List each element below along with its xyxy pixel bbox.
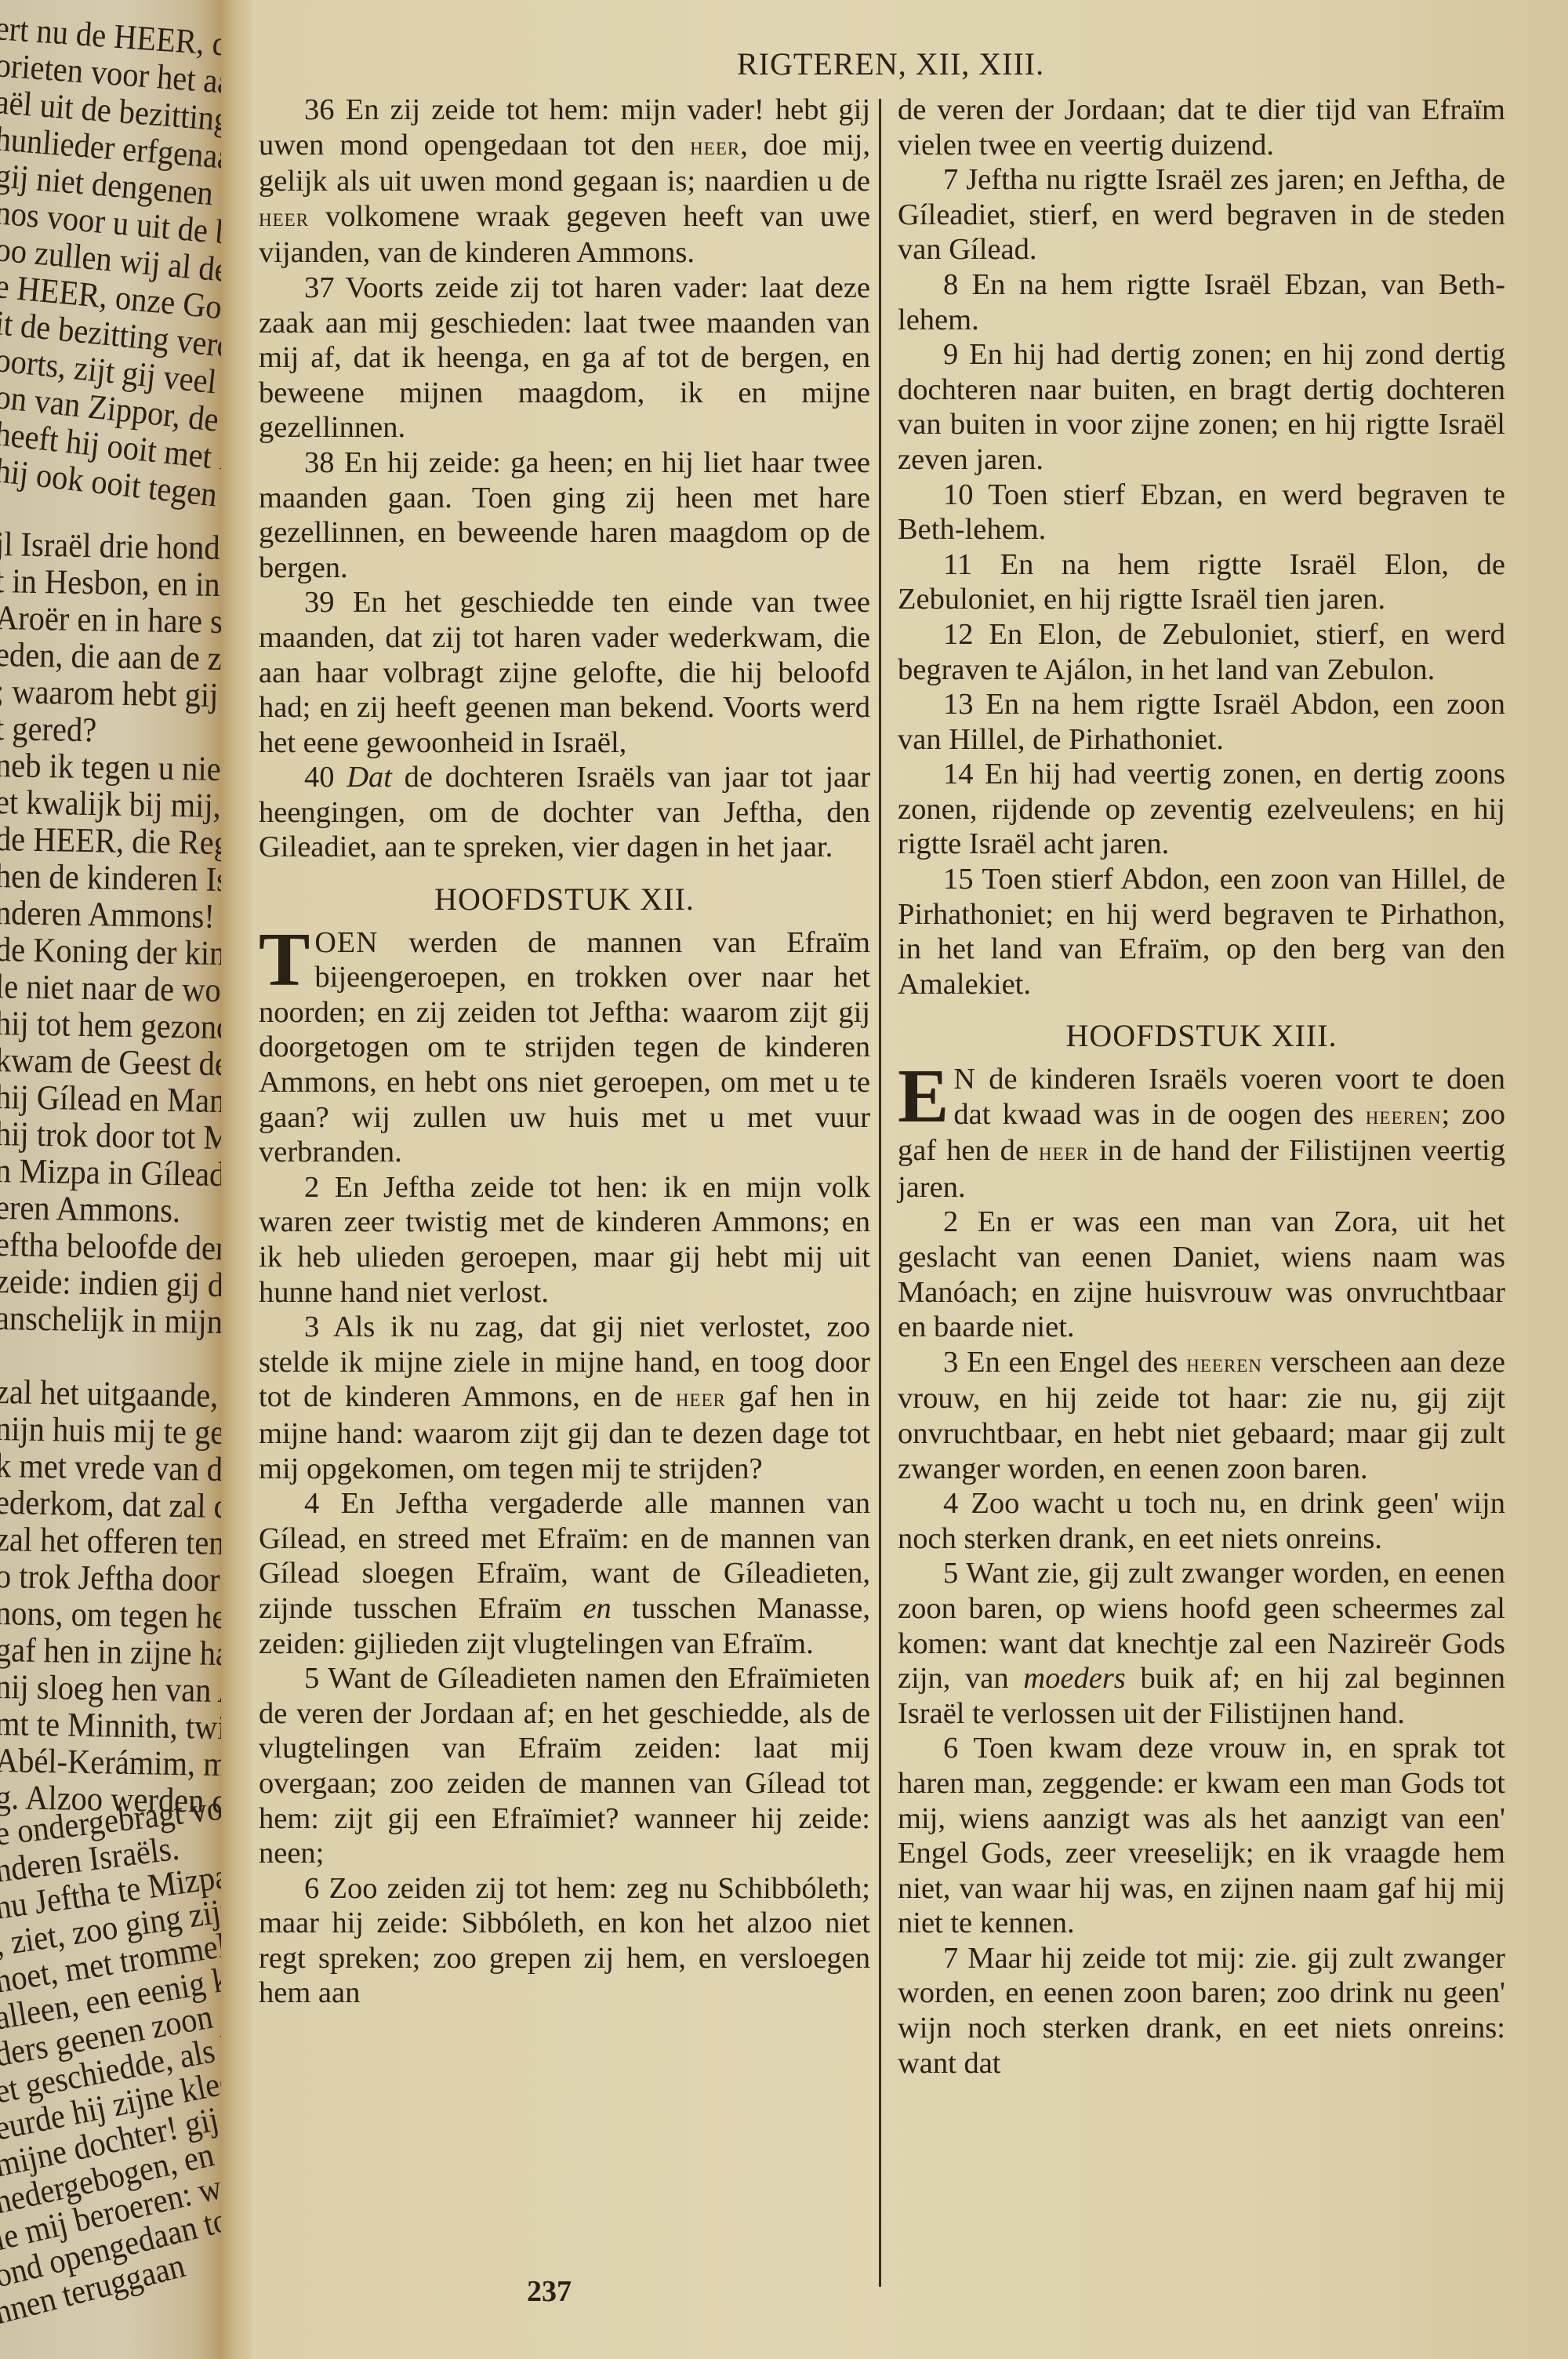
- verse-continuation: de veren der Jordaan; dat te dier tijd v…: [898, 93, 1505, 162]
- verse: 2 En er was een man van Zora, uit het ge…: [898, 1205, 1505, 1344]
- verse: 7 Jeftha nu rigtte Israël zes jaren; en …: [898, 162, 1505, 267]
- verse-number: 36: [304, 93, 346, 126]
- verse-text: En na hem rigtte Israël Ebzan, van Beth-…: [898, 268, 1505, 336]
- verse-number: 4: [943, 1487, 971, 1520]
- facing-page-text-line: t gered?: [0, 708, 97, 750]
- verse-text: Dat de dochteren Israëls van jaar tot ja…: [259, 761, 870, 863]
- verse-number: 5: [943, 1557, 966, 1590]
- verse: 10 Toen stierf Ebzan, en werd begraven t…: [898, 478, 1505, 547]
- verse: 38 En hij zeide: ga heen; en hij liet ha…: [259, 445, 870, 585]
- verse-text: Voorts zeide zij tot haren vader: laat d…: [259, 271, 870, 444]
- verse-text: Toen stierf Abdon, een zoon van Hillel, …: [898, 863, 1505, 1001]
- drop-cap: T: [259, 929, 310, 991]
- drop-cap-continuation: OEN: [314, 926, 378, 959]
- chapter-opening-verse: TOEN werden de mannen van Efraïm bijeeng…: [259, 925, 870, 1170]
- verse-text: En er was een man van Zora, uit het gesl…: [898, 1205, 1505, 1343]
- verse-number: 38: [304, 446, 344, 479]
- verse-text: En na hem rigtte Israël Abdon, een zoon …: [898, 688, 1505, 756]
- verse-text: Toen stierf Ebzan, en werd begraven te B…: [898, 478, 1505, 547]
- verse: 5 Want de Gíleadieten namen den Efraïmie…: [259, 1661, 870, 1871]
- facing-page-edge: ert nu de HEER, deorieten voor het aange…: [0, 0, 221, 2359]
- verse-text: En Jeftha zeide tot hen: ik en mijn volk…: [259, 1171, 870, 1309]
- verse-text: Want de Gíleadieten namen den Efraïmiete…: [259, 1662, 870, 1870]
- chapter-heading: HOOFDSTUK XIII.: [898, 1019, 1505, 1054]
- verse-number: 9: [943, 338, 969, 371]
- verse-number: 13: [943, 688, 985, 721]
- verse-number: 5: [304, 1662, 328, 1695]
- verse: 2 En Jeftha zeide tot hen: ik en mijn vo…: [259, 1170, 870, 1310]
- verse-text: En hij had dertig zonen; en hij zond der…: [898, 338, 1505, 476]
- verse: 3 En een Engel des heeren verscheen aan …: [898, 1345, 1505, 1486]
- verse-text: En Jeftha vergaderde alle mannen van Gíl…: [259, 1487, 870, 1659]
- verse: 6 Toen kwam deze vrouw in, en sprak tot …: [898, 1731, 1505, 1941]
- verse: 13 En na hem rigtte Israël Abdon, een zo…: [898, 687, 1505, 757]
- verse-number: 10: [943, 478, 988, 511]
- chapter-opening-verse: EN de kinderen Israëls voeren voort te d…: [898, 1062, 1505, 1205]
- verse: 5 Want zie, gij zult zwanger worden, en …: [898, 1556, 1505, 1731]
- verse-number: 3: [943, 1346, 967, 1379]
- verse-text: Als ik nu zag, dat gij niet verlostet, z…: [259, 1310, 870, 1485]
- verse-text: En Elon, de Zebuloniet, stierf, en werd …: [898, 618, 1505, 686]
- verse-text: En een Engel des heeren verscheen aan de…: [898, 1346, 1505, 1485]
- verse-number: 7: [943, 163, 966, 196]
- verse-number: 15: [943, 863, 982, 896]
- verse: 37 Voorts zeide zij tot haren vader: laa…: [259, 271, 870, 445]
- page-number: 237: [527, 2274, 572, 2309]
- verse-number: 3: [304, 1310, 333, 1343]
- verse-text: Jeftha nu rigtte Israël zes jaren; en Je…: [898, 163, 1505, 266]
- verse: 11 En na hem rigtte Israël Elon, de Zebu…: [898, 547, 1505, 617]
- verse-number: 40: [304, 761, 347, 794]
- text-column-left: 36 En zij zeide tot hem: mijn vader! heb…: [259, 93, 870, 2011]
- verse: 14 En hij had veertig zonen, en dertig z…: [898, 757, 1505, 862]
- verse-number: 6: [304, 1872, 328, 1905]
- drop-cap-continuation: N: [953, 1063, 975, 1096]
- verse: 9 En hij had dertig zonen; en hij zond d…: [898, 337, 1505, 477]
- verse-text: werden de mannen van Efraïm bijeengeroep…: [259, 926, 870, 1169]
- verse: 15 Toen stierf Abdon, een zoon van Hille…: [898, 862, 1505, 1001]
- verse-text: de kinderen Israëls voeren voort te doen…: [898, 1063, 1505, 1204]
- text-column-right: de veren der Jordaan; dat te dier tijd v…: [898, 93, 1505, 2081]
- verse-number: 2: [304, 1171, 335, 1204]
- verse-text: En hij zeide: ga heen; en hij liet haar …: [259, 446, 870, 584]
- drop-cap: E: [898, 1065, 949, 1128]
- verse: 7 Maar hij zeide tot mij: zie. gij zult …: [898, 1941, 1505, 2081]
- verse-text: Maar hij zeide tot mij: zie. gij zult zw…: [898, 1942, 1505, 2080]
- verse: 3 Als ik nu zag, dat gij niet verlostet,…: [259, 1310, 870, 1486]
- verse: 8 En na hem rigtte Israël Ebzan, van Bet…: [898, 267, 1505, 337]
- verse-text: Zoo zeiden zij tot hem: zeg nu Schibbóle…: [259, 1872, 870, 2010]
- verse-number: 2: [943, 1205, 978, 1238]
- verse-text: Zoo wacht u toch nu, en drink geen' wijn…: [898, 1487, 1505, 1555]
- column-divider: [879, 99, 881, 2287]
- verse-number: 12: [943, 618, 989, 651]
- verse-text: Want zie, gij zult zwanger worden, en ee…: [898, 1557, 1505, 1729]
- verse: 6 Zoo zeiden zij tot hem: zeg nu Schibbó…: [259, 1871, 870, 2011]
- verse-number: 4: [304, 1487, 341, 1520]
- verse-number: 6: [943, 1732, 973, 1765]
- chapter-heading: HOOFDSTUK XII.: [259, 882, 870, 918]
- verse: 36 En zij zeide tot hem: mijn vader! heb…: [259, 93, 870, 271]
- book-gutter: [221, 0, 252, 2359]
- verse-number: 7: [943, 1942, 967, 1975]
- verse: 4 Zoo wacht u toch nu, en drink geen' wi…: [898, 1486, 1505, 1556]
- verse-text: Toen kwam deze vrouw in, en sprak tot ha…: [898, 1732, 1505, 1939]
- verse-number: 37: [304, 271, 345, 304]
- verse: 12 En Elon, de Zebuloniet, stierf, en we…: [898, 617, 1505, 687]
- verse: 40 Dat de dochteren Israëls van jaar tot…: [259, 760, 870, 865]
- verse-number: 14: [943, 758, 985, 791]
- verse: 4 En Jeftha vergaderde alle mannen van G…: [259, 1486, 870, 1661]
- verse-number: 11: [943, 548, 1000, 581]
- verse-text: En hij had veertig zonen, en dertig zoon…: [898, 758, 1505, 860]
- facing-page-text-line: anschelijk in mijne ha: [0, 1298, 221, 1343]
- verse-number: 39: [304, 586, 353, 619]
- verse-number: 8: [943, 268, 972, 301]
- verse: 39 En het geschiedde ten einde van twee …: [259, 585, 870, 760]
- verse-text: En zij zeide tot hem: mijn vader! hebt g…: [259, 93, 870, 269]
- running-head: RIGTEREN, XII, XIII.: [737, 45, 1044, 82]
